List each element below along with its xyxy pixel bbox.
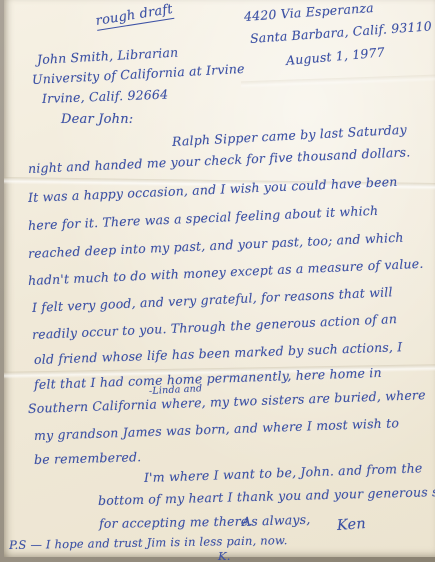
postscript-initial: K. (218, 549, 231, 562)
recipient-line3: Irvine, Calif. 92664 (42, 87, 169, 106)
body-line: felt that I had come home permanently, h… (34, 365, 382, 392)
body-line: here for it. There was a special feeling… (28, 203, 379, 233)
body-line: old friend whose life has been marked by… (34, 339, 403, 367)
fold-crease-corner (241, 75, 435, 89)
body-line: It was a happy occasion, and I wish you … (28, 174, 398, 205)
body-line: I felt very good, and very grateful, for… (32, 284, 393, 315)
salutation: Dear John: (61, 112, 133, 127)
body-line: be remembered. (34, 449, 142, 467)
sender-address-line1: 4420 Via Esperanza (243, 0, 374, 24)
postscript: P.S — I hope and trust Jim is in less pa… (9, 533, 288, 552)
recipient-line1: John Smith, Librarian (37, 45, 179, 67)
body-line: I'm where I want to be, John. and from t… (144, 460, 423, 485)
scanned-letter: rough draft 4420 Via Esperanza Santa Bar… (0, 0, 435, 562)
body-line: for accepting me there. (99, 513, 253, 531)
body-line: hadn't much to do with money except as a… (28, 256, 424, 288)
letter-date: August 1, 1977 (285, 44, 385, 68)
closing: As always, (242, 512, 311, 529)
body-line: Ralph Sipper came by last Saturday (172, 122, 408, 149)
letter-paper: rough draft 4420 Via Esperanza Santa Bar… (4, 0, 435, 557)
sender-address-line2: Santa Barbara, Calif. 93110 (249, 18, 432, 46)
body-line: night and handed me your check for five … (28, 144, 411, 176)
signature: Ken (336, 516, 366, 534)
body-line: my grandson James was born, and where I … (34, 415, 400, 443)
body-line: reached deep into my past, and your past… (28, 230, 404, 261)
body-line: bottom of my heart I thank you and your … (98, 482, 435, 508)
body-line: readily occur to you. Through the genero… (32, 311, 398, 342)
draft-note: rough draft (95, 2, 174, 31)
body-line: Southern California where, my two sister… (28, 387, 426, 416)
